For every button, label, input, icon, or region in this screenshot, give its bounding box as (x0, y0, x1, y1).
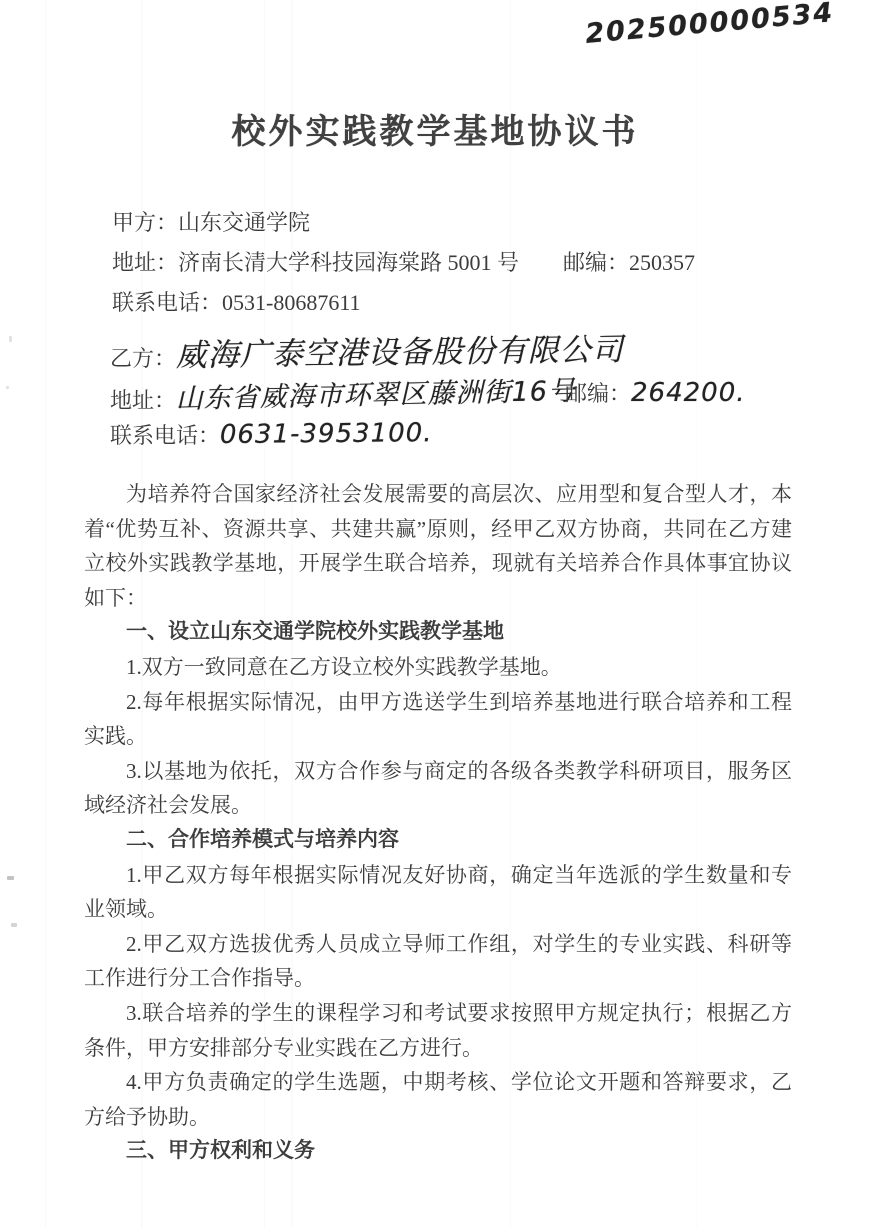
party-a-name-row: 甲方：山东交通学院 (112, 203, 519, 243)
party-a-phone-label: 联系电话： (112, 290, 222, 315)
party-a-postcode-group: 邮编：250357 (563, 243, 695, 283)
party-b-address-row: 地址： 山东省威海市环翠区藤洲街16号 邮编： 264200. (110, 377, 624, 419)
party-b-postcode-handwritten: 264200. (631, 378, 746, 408)
party-b-postcode-label: 邮编： (565, 377, 631, 408)
body-paragraph: 3.以基地为依托，双方合作参与商定的各级各类教学科研项目，服务区域经济社会发展。 (84, 754, 792, 823)
body-paragraph: 4.甲方负责确定的学生选题，中期考核、学位论文开题和答辩要求，乙方给予协助。 (84, 1065, 792, 1134)
section-heading: 一、设立山东交通学院校外实践教学基地 (84, 615, 792, 650)
section-heading: 二、合作培养模式与培养内容 (84, 823, 792, 858)
agreement-body: 为培养符合国家经济社会发展需要的高层次、应用型和复合型人才，本着“优势互补、资源… (84, 477, 792, 1169)
body-paragraph: 1.双方一致同意在乙方设立校外实践教学基地。 (84, 650, 792, 685)
party-b-phone-label: 联系电话： (110, 419, 220, 450)
party-b-label: 乙方： (110, 342, 176, 373)
body-paragraph: 3.联合培养的学生的课程学习和考试要求按照甲方规定执行；根据乙方条件，甲方安排部… (84, 996, 792, 1065)
body-paragraph: 为培养符合国家经济社会发展需要的高层次、应用型和复合型人才，本着“优势互补、资源… (84, 477, 792, 615)
scanned-agreement-page: 202500000534 校外实践教学基地协议书 甲方：山东交通学院 地址：济南… (0, 0, 870, 1228)
party-a-block: 甲方：山东交通学院 地址：济南长清大学科技园海棠路 5001 号 邮编：2503… (112, 203, 519, 323)
party-a-address: 济南长清大学科技园海棠路 5001 号 (178, 250, 519, 275)
party-a-name: 山东交通学院 (178, 210, 310, 235)
body-paragraph: 2.每年根据实际情况，由甲方选送学生到培养基地进行联合培养和工程实践。 (84, 685, 792, 754)
party-a-postcode-label: 邮编： (563, 250, 629, 275)
party-b-block: 乙方： 威海广泰空港设备股份有限公司 地址： 山东省威海市环翠区藤洲街16号 邮… (110, 330, 624, 461)
party-b-postcode-group: 邮编： 264200. (565, 377, 746, 408)
party-b-phone-handwritten: 0631-3953100. (220, 418, 433, 450)
scan-speck (7, 876, 14, 880)
section-heading: 三、甲方权利和义务 (84, 1134, 792, 1169)
party-a-address-label: 地址： (112, 250, 178, 275)
party-a-address-row: 地址：济南长清大学科技园海棠路 5001 号 邮编：250357 (112, 243, 519, 283)
handwritten-serial-number: 202500000534 (584, 0, 835, 50)
party-b-address-handwritten: 山东省威海市环翠区藤洲街16号 (175, 369, 576, 416)
scan-speck (11, 923, 17, 927)
party-a-label: 甲方： (112, 210, 178, 235)
party-b-phone-row: 联系电话： 0631-3953100. (110, 419, 624, 461)
party-b-name-handwritten: 威海广泰空港设备股份有限公司 (175, 324, 624, 375)
party-a-phone-row: 联系电话：0531-80687611 (112, 283, 519, 323)
party-a-phone: 0531-80687611 (222, 290, 361, 315)
party-a-postcode: 250357 (629, 250, 695, 275)
scan-speck (6, 386, 9, 389)
scan-speck (9, 336, 12, 342)
party-b-address-label: 地址： (110, 384, 176, 415)
body-paragraph: 1.甲乙双方每年根据实际情况友好协商，确定当年选派的学生数量和专业领域。 (84, 858, 792, 927)
document-title: 校外实践教学基地协议书 (0, 104, 870, 153)
body-paragraph: 2.甲乙双方选拔优秀人员成立导师工作组，对学生的专业实践、科研等工作进行分工合作… (84, 927, 792, 996)
